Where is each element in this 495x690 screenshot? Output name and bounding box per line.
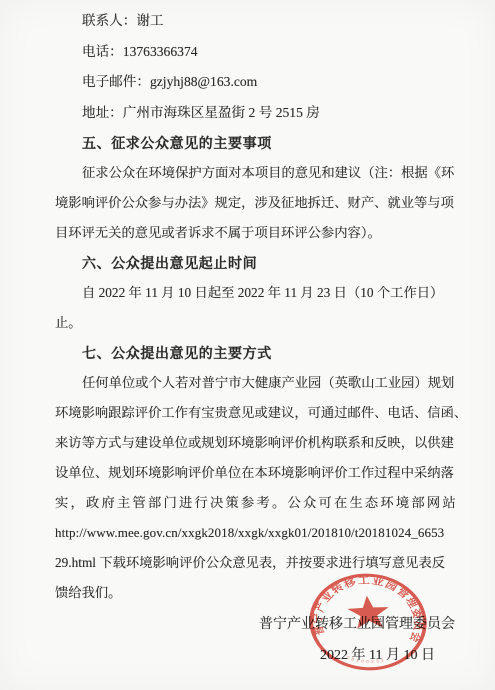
- section-five: 五、征求公众意见的主要事项 征求公众在环境保护方面对本项目的意见和建议（注：根据…: [55, 128, 455, 248]
- paragraph-line: 自 2022 年 11 月 10 日起至 2022 年 11 月 23 日（10…: [55, 278, 455, 308]
- paragraph-line: 任何单位或个人若对普宁市大健康产业园（英歌山工业园）规划: [55, 368, 455, 398]
- paragraph-line: 止。: [55, 308, 455, 338]
- phone-line: 电话：13763366374: [55, 37, 455, 68]
- contact-info-block: 联系人：谢工 电话：13763366374 电子邮件：gzjyhj88@163.…: [55, 6, 455, 128]
- document-page: 联系人：谢工 电话：13763366374 电子邮件：gzjyhj88@163.…: [0, 0, 495, 690]
- address-line: 地址：广州市海珠区星盈街 2 号 2515 房: [55, 98, 455, 129]
- paragraph-line: 境影响评价公众参与办法》规定，涉及征地拆迁、财产、就业等与项: [55, 188, 455, 218]
- paragraph-line: 设单位、规划环境影响评价单位在本环境影响评价工作过程中采纳落: [55, 458, 455, 488]
- paragraph-line: 29.html 下载环境影响评价公众意见表，并按要求进行填写意见表反: [55, 548, 455, 578]
- paragraph-line: 征求公众在环境保护方面对本项目的意见和建议（注：根据《环: [55, 158, 455, 188]
- contact-person-line: 联系人：谢工: [55, 6, 455, 37]
- paragraph-line: 实，政府主管部门进行决策参考。公众可在生态环境部网站: [55, 488, 455, 518]
- paragraph-line: 环境影响跟踪评价工作有宝贵意见或建议，可通过邮件、电话、信函、: [55, 398, 455, 428]
- signature-org: 普宁产业转移工业园管理委员会: [55, 610, 455, 640]
- paragraph-line: 馈给我们。: [55, 578, 455, 608]
- section-six: 六、公众提出意见起止时间 自 2022 年 11 月 10 日起至 2022 年…: [55, 248, 455, 338]
- section-six-heading: 六、公众提出意见起止时间: [55, 248, 455, 278]
- email-line: 电子邮件：gzjyhj88@163.com: [55, 67, 455, 98]
- section-seven: 七、公众提出意见的主要方式 任何单位或个人若对普宁市大健康产业园（英歌山工业园）…: [55, 338, 455, 608]
- url-line: http://www.mee.gov.cn/xxgk2018/xxgk/xxgk…: [55, 518, 455, 548]
- section-five-heading: 五、征求公众意见的主要事项: [55, 128, 455, 158]
- paragraph-line: 目环评无关的意见或者诉求不属于项目环评公参内容）。: [55, 218, 455, 248]
- signature-date: 2022 年 11 月 10 日: [55, 640, 455, 670]
- section-seven-heading: 七、公众提出意见的主要方式: [55, 338, 455, 368]
- paragraph-line: 来访等方式与建设单位或规划环境影响评价机构联系和反映，以供建: [55, 428, 455, 458]
